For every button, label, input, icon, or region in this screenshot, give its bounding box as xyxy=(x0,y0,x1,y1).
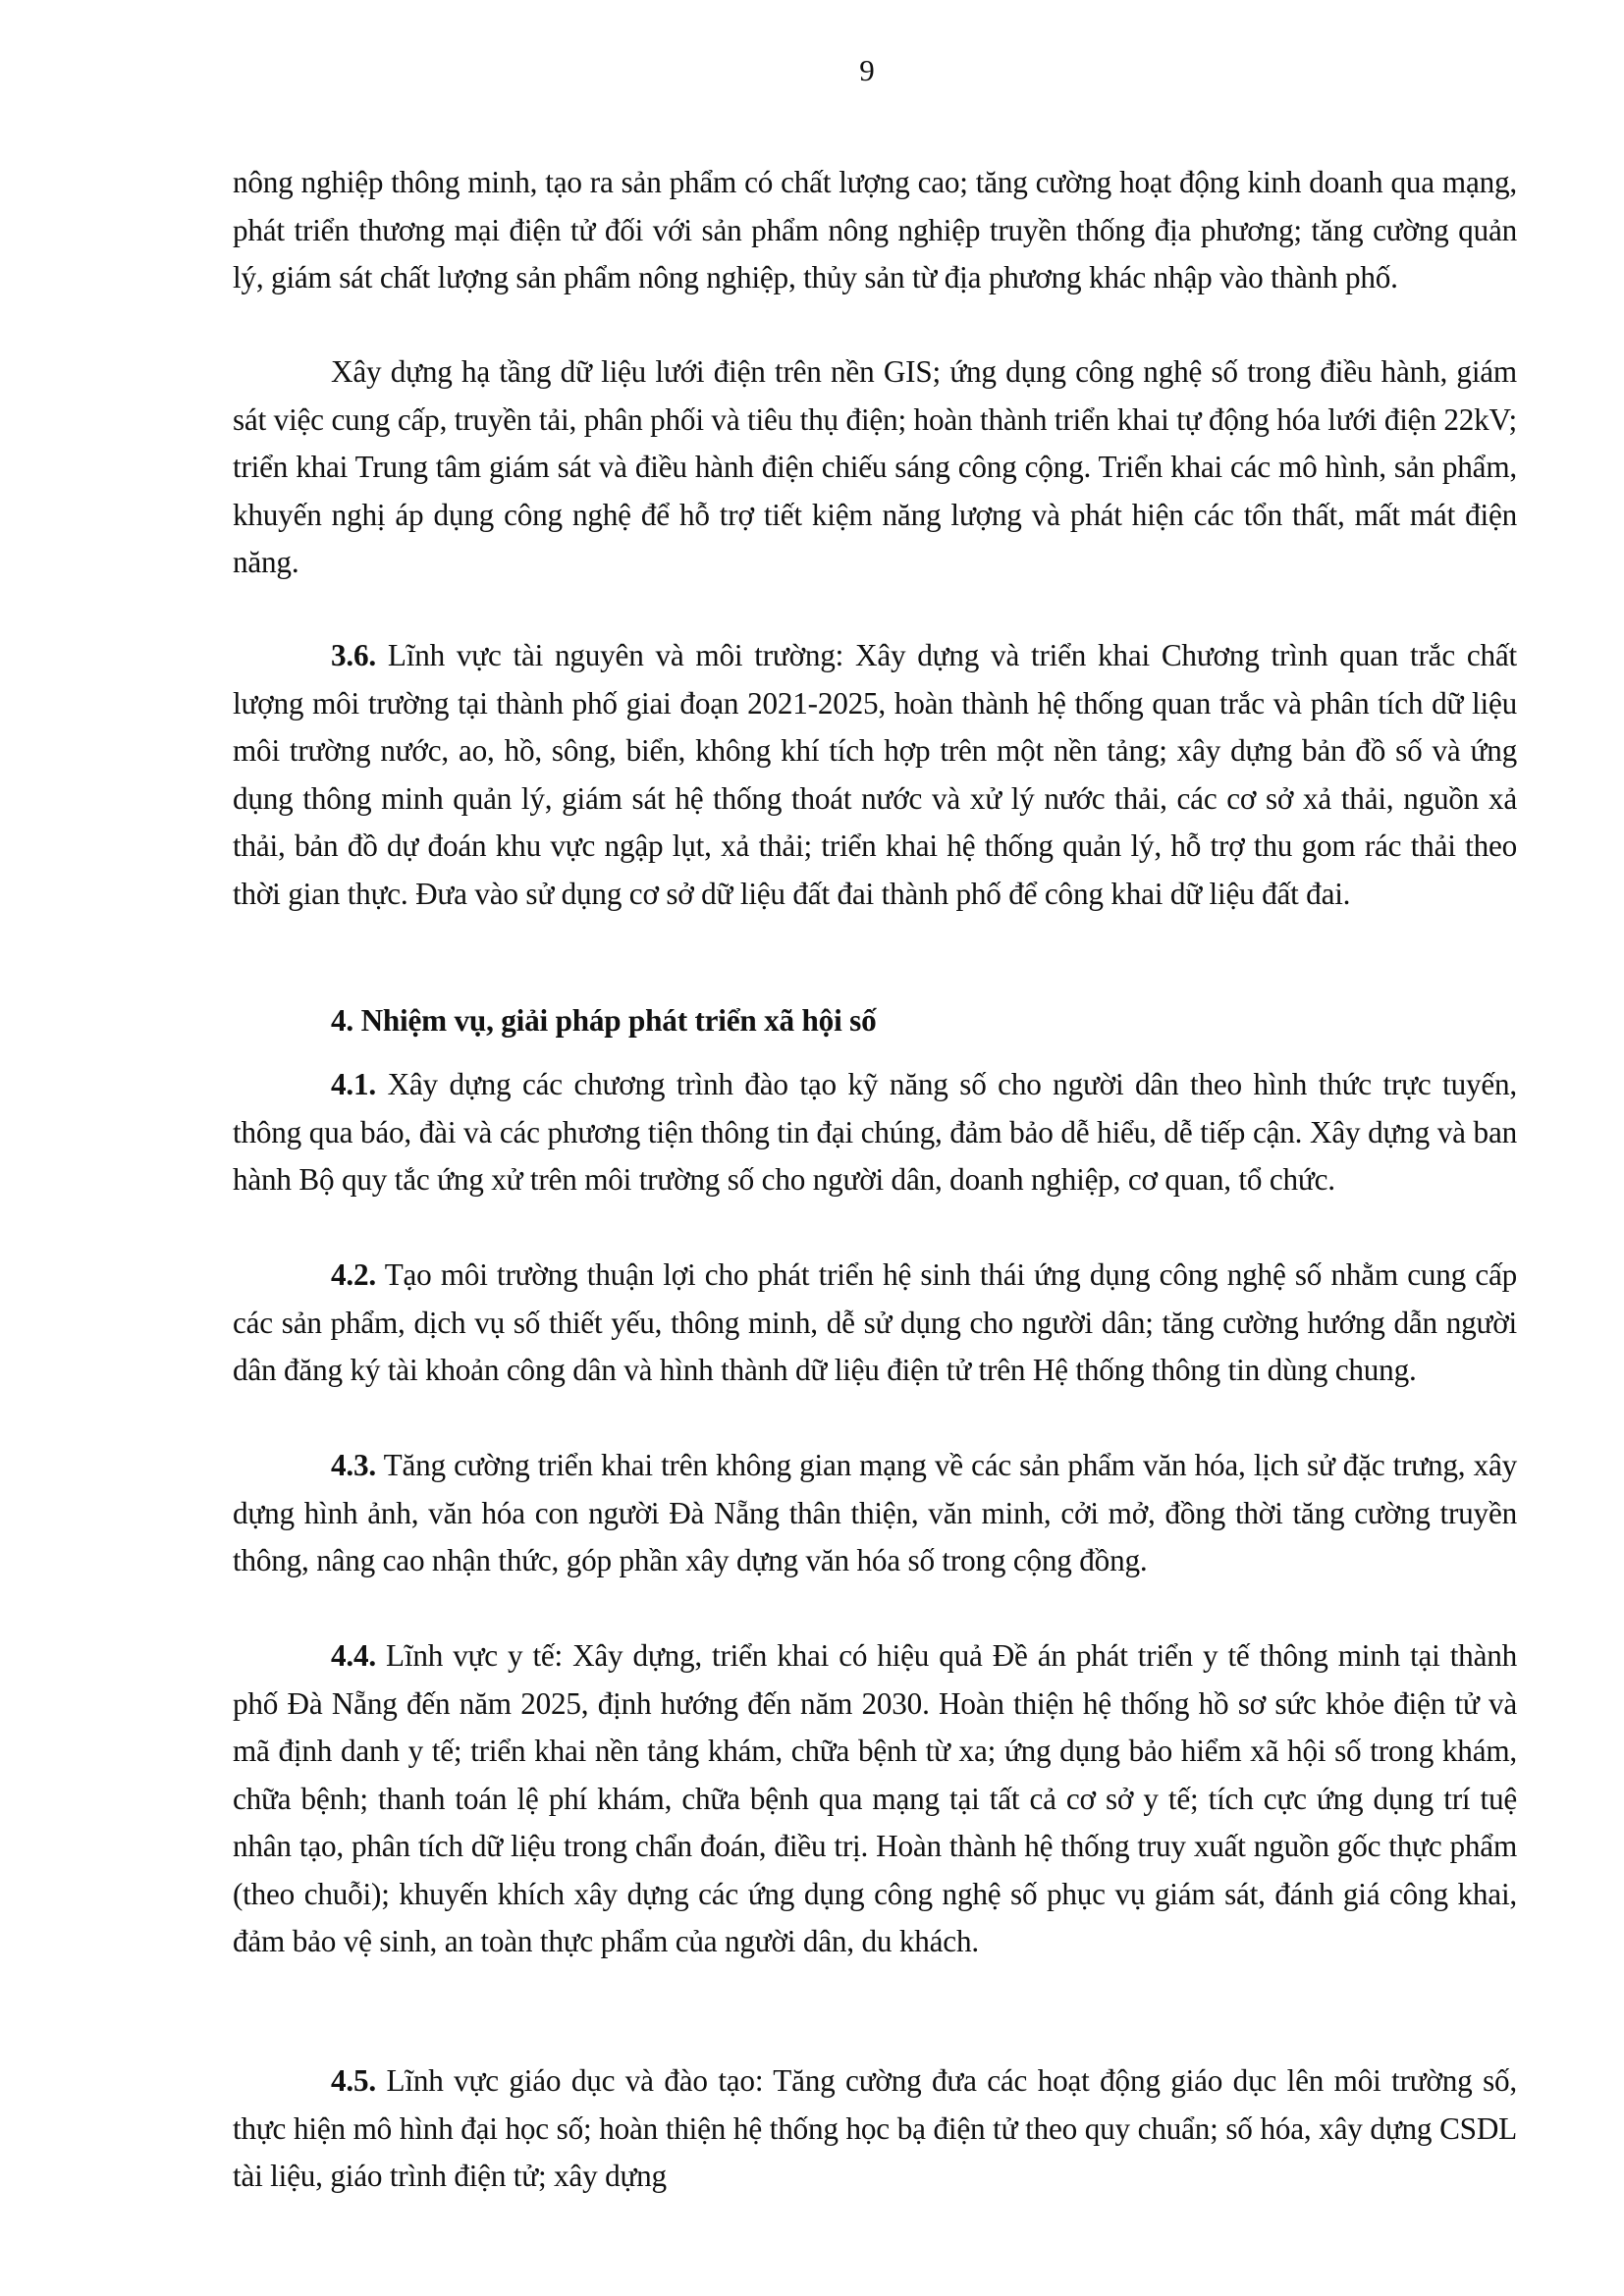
paragraph-4-2-ecosystem: 4.2. Tạo môi trường thuận lợi cho phát t… xyxy=(233,1252,1517,1395)
section-number: 4.3. xyxy=(331,1448,376,1482)
paragraph-4-5-education: 4.5. Lĩnh vực giáo dục và đào tạo: Tăng … xyxy=(233,2057,1517,2201)
paragraph-text: nông nghiệp thông minh, tạo ra sản phẩm … xyxy=(233,165,1517,294)
page-number: 9 xyxy=(0,51,1624,90)
paragraph-text: Tạo môi trường thuận lợi cho phát triển … xyxy=(233,1257,1517,1387)
paragraph-4-4-health: 4.4. Lĩnh vực y tế: Xây dựng, triển khai… xyxy=(233,1632,1517,1966)
paragraph-continued: nông nghiệp thông minh, tạo ra sản phẩm … xyxy=(233,159,1517,302)
paragraph-text: Xây dựng các chương trình đào tạo kỹ năn… xyxy=(233,1067,1517,1197)
paragraph-text: Tăng cường triển khai trên không gian mạ… xyxy=(233,1448,1517,1577)
heading-text: 4. Nhiệm vụ, giải pháp phát triển xã hội… xyxy=(331,1003,876,1038)
section-number: 4.4. xyxy=(331,1638,376,1673)
paragraph-text: Lĩnh vực y tế: Xây dựng, triển khai có h… xyxy=(233,1638,1517,1958)
paragraph-text: Lĩnh vực tài nguyên và môi trường: Xây d… xyxy=(233,638,1517,911)
paragraph-text: Lĩnh vực giáo dục và đào tạo: Tăng cường… xyxy=(233,2063,1517,2193)
section-number: 4.5. xyxy=(331,2063,376,2098)
section-number: 4.2. xyxy=(331,1257,376,1292)
section-heading-4: 4. Nhiệm vụ, giải pháp phát triển xã hội… xyxy=(233,997,1517,1045)
section-number: 4.1. xyxy=(331,1067,376,1101)
paragraph-4-3-culture: 4.3. Tăng cường triển khai trên không gi… xyxy=(233,1442,1517,1585)
paragraph-3-6-environment: 3.6. Lĩnh vực tài nguyên và môi trường: … xyxy=(233,632,1517,918)
paragraph-4-1-digital-skills: 4.1. Xây dựng các chương trình đào tạo k… xyxy=(233,1061,1517,1204)
section-number: 3.6. xyxy=(331,638,376,672)
paragraph-power-grid: Xây dựng hạ tầng dữ liệu lưới điện trên … xyxy=(233,348,1517,587)
paragraph-text: Xây dựng hạ tầng dữ liệu lưới điện trên … xyxy=(233,354,1517,579)
